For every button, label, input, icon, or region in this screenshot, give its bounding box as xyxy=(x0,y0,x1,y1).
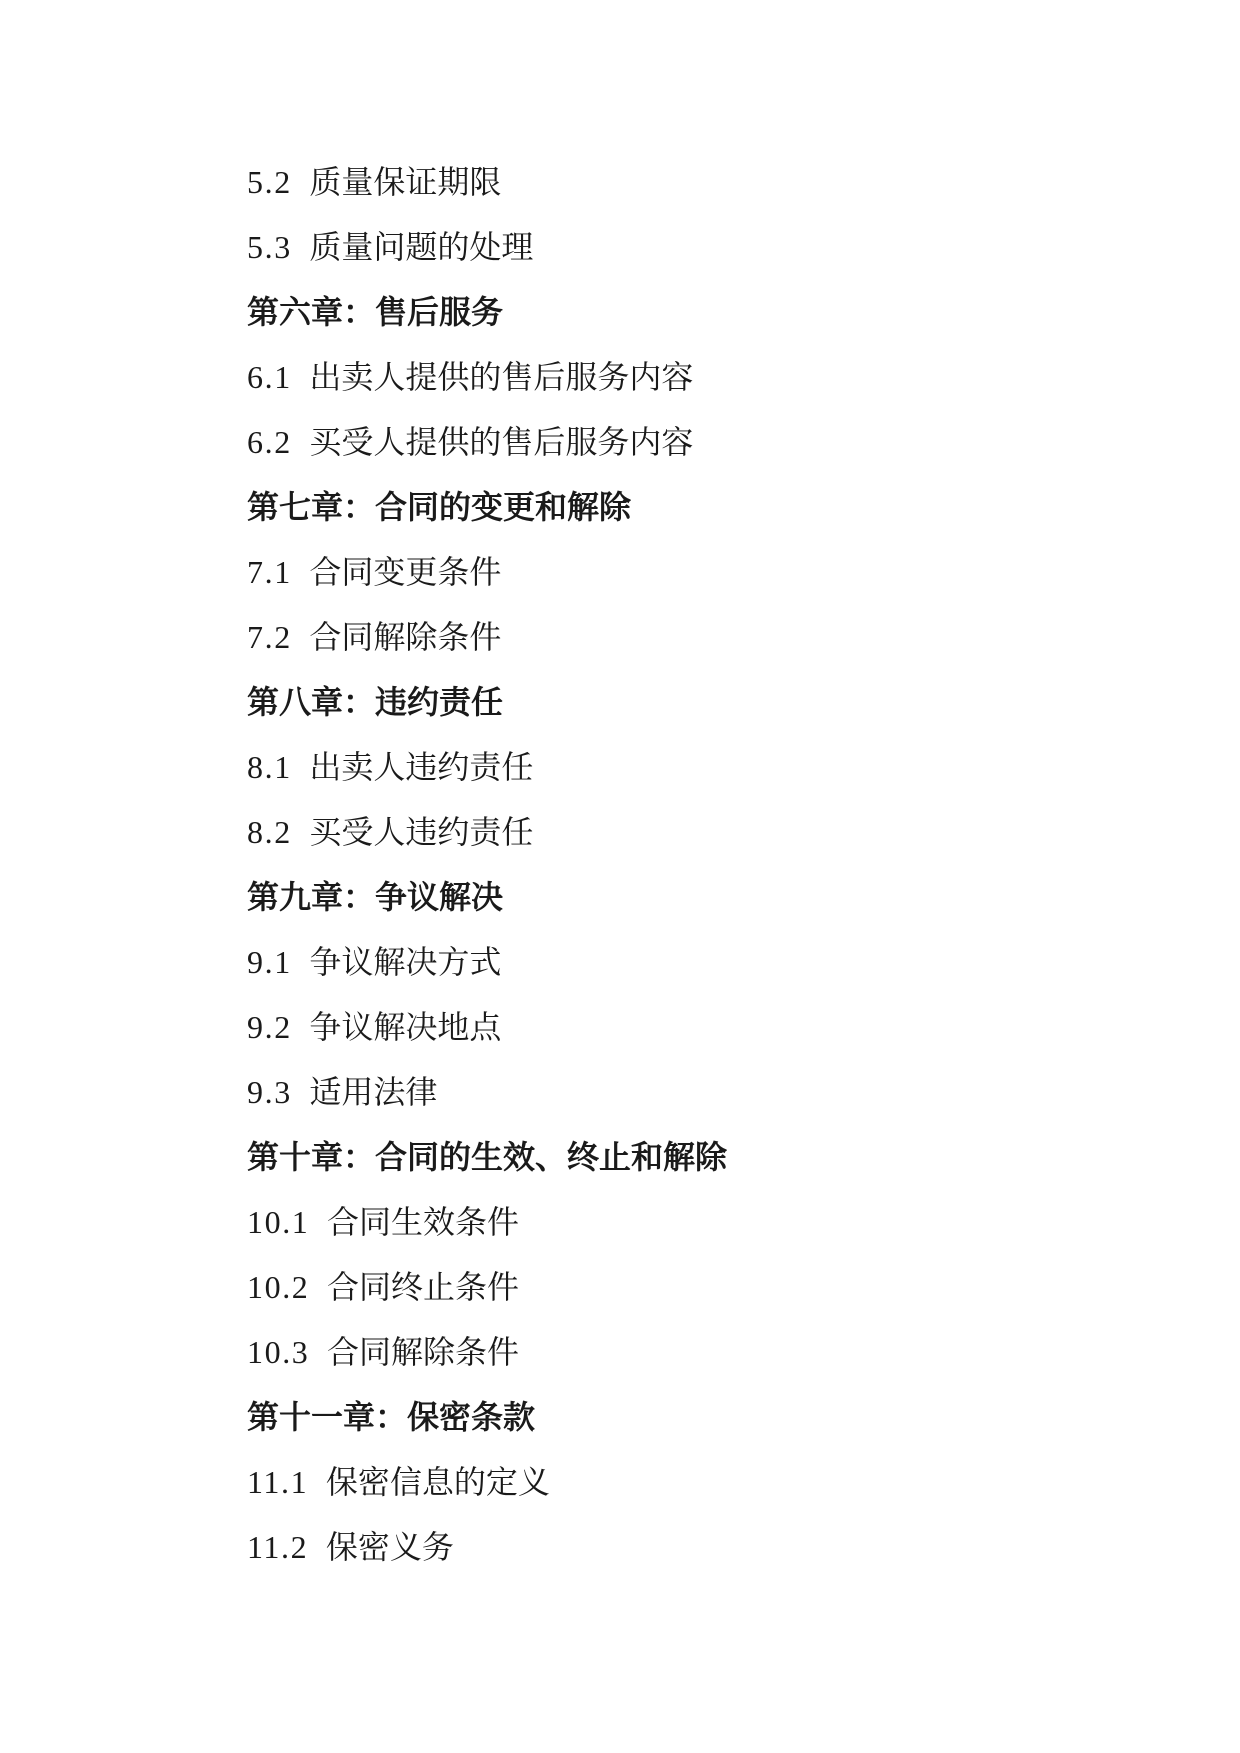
chapter-title: 合同的生效、终止和解除 xyxy=(375,1139,727,1175)
toc-chapter-heading: 第九章：争议解决 xyxy=(247,865,1160,930)
chapter-title: 售后服务 xyxy=(375,294,503,330)
toc-item: 8.2买受人违约责任 xyxy=(247,800,1160,865)
item-title: 争议解决方式 xyxy=(309,944,501,980)
item-number: 10.3 xyxy=(247,1334,309,1370)
chapter-label: 第十一章： xyxy=(247,1399,407,1435)
item-number: 9.1 xyxy=(247,944,292,980)
toc-item: 10.2合同终止条件 xyxy=(247,1255,1160,1320)
toc-item: 9.3适用法律 xyxy=(247,1060,1160,1125)
document-page: 5.2质量保证期限 5.3质量问题的处理 第六章：售后服务 6.1出卖人提供的售… xyxy=(0,0,1240,1753)
chapter-label: 第六章： xyxy=(247,294,375,330)
toc-item: 5.2质量保证期限 xyxy=(247,150,1160,215)
item-title: 适用法律 xyxy=(309,1074,437,1110)
toc-item: 9.2争议解决地点 xyxy=(247,995,1160,1060)
chapter-label: 第九章： xyxy=(247,879,375,915)
item-number: 6.1 xyxy=(247,359,292,395)
item-title: 合同变更条件 xyxy=(309,554,501,590)
item-number: 5.2 xyxy=(247,164,292,200)
item-title: 保密义务 xyxy=(326,1529,454,1565)
chapter-title: 保密条款 xyxy=(407,1399,535,1435)
item-title: 出卖人提供的售后服务内容 xyxy=(309,359,693,395)
item-title: 合同解除条件 xyxy=(327,1334,519,1370)
toc-item: 9.1争议解决方式 xyxy=(247,930,1160,995)
toc-item: 11.1保密信息的定义 xyxy=(247,1450,1160,1515)
item-number: 11.1 xyxy=(247,1464,308,1500)
item-title: 合同生效条件 xyxy=(327,1204,519,1240)
chapter-label: 第十章： xyxy=(247,1139,375,1175)
toc-item: 10.1合同生效条件 xyxy=(247,1190,1160,1255)
toc-item: 5.3质量问题的处理 xyxy=(247,215,1160,280)
item-number: 11.2 xyxy=(247,1529,308,1565)
item-title: 质量保证期限 xyxy=(309,164,501,200)
toc-item: 6.1出卖人提供的售后服务内容 xyxy=(247,345,1160,410)
item-title: 争议解决地点 xyxy=(309,1009,501,1045)
item-number: 10.1 xyxy=(247,1204,309,1240)
item-title: 保密信息的定义 xyxy=(326,1464,550,1500)
item-number: 5.3 xyxy=(247,229,292,265)
item-title: 合同解除条件 xyxy=(309,619,501,655)
item-title: 质量问题的处理 xyxy=(309,229,533,265)
item-title: 买受人提供的售后服务内容 xyxy=(309,424,693,460)
toc-chapter-heading: 第十章：合同的生效、终止和解除 xyxy=(247,1125,1160,1190)
item-number: 10.2 xyxy=(247,1269,309,1305)
toc-item: 6.2买受人提供的售后服务内容 xyxy=(247,410,1160,475)
item-number: 9.3 xyxy=(247,1074,292,1110)
chapter-title: 违约责任 xyxy=(375,684,503,720)
item-title: 买受人违约责任 xyxy=(309,814,533,850)
item-number: 7.2 xyxy=(247,619,292,655)
item-number: 8.1 xyxy=(247,749,292,785)
toc-item: 11.2保密义务 xyxy=(247,1515,1160,1580)
item-title: 出卖人违约责任 xyxy=(309,749,533,785)
toc-chapter-heading: 第八章：违约责任 xyxy=(247,670,1160,735)
item-number: 7.1 xyxy=(247,554,292,590)
toc-item: 10.3合同解除条件 xyxy=(247,1320,1160,1385)
item-number: 6.2 xyxy=(247,424,292,460)
item-title: 合同终止条件 xyxy=(327,1269,519,1305)
item-number: 8.2 xyxy=(247,814,292,850)
chapter-title: 合同的变更和解除 xyxy=(375,489,631,525)
toc-chapter-heading: 第七章：合同的变更和解除 xyxy=(247,475,1160,540)
toc-item: 7.1合同变更条件 xyxy=(247,540,1160,605)
toc-chapter-heading: 第十一章：保密条款 xyxy=(247,1385,1160,1450)
toc-chapter-heading: 第六章：售后服务 xyxy=(247,280,1160,345)
toc-item: 7.2合同解除条件 xyxy=(247,605,1160,670)
toc-item: 8.1出卖人违约责任 xyxy=(247,735,1160,800)
chapter-label: 第七章： xyxy=(247,489,375,525)
chapter-label: 第八章： xyxy=(247,684,375,720)
item-number: 9.2 xyxy=(247,1009,292,1045)
chapter-title: 争议解决 xyxy=(375,879,503,915)
